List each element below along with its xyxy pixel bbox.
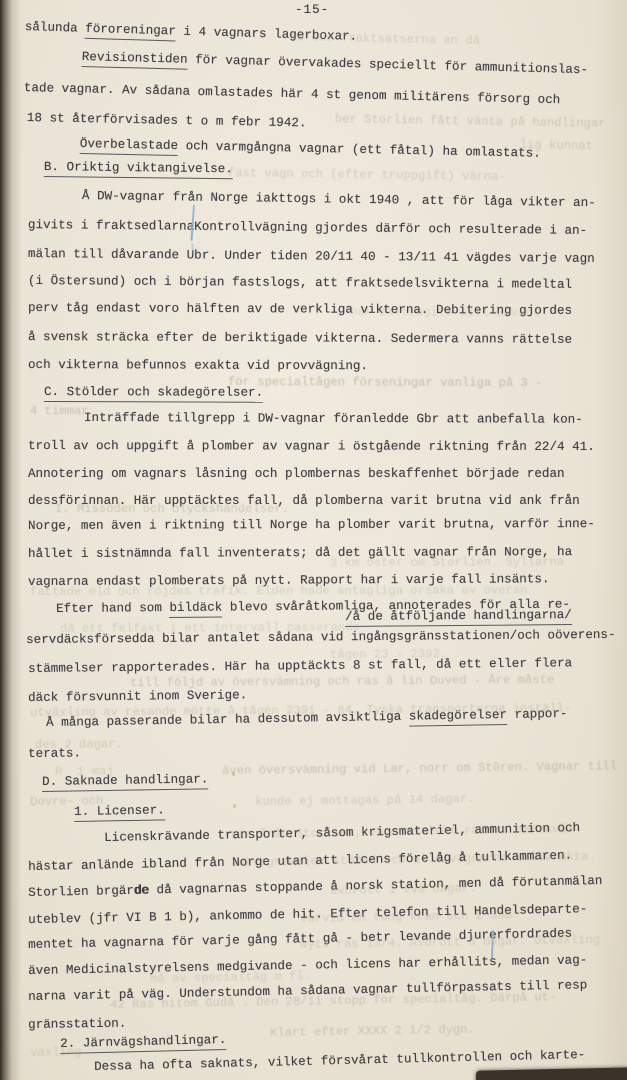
bleed-through-text: ta sus fraktsatserna an då	[290, 30, 480, 49]
bleed-through-text: 3 km öster om Storlien. Syllarna	[330, 555, 564, 571]
text-segment: Å DW-vagnar från Norge iakttogs i okt 19…	[82, 189, 596, 210]
text-segment: Inträffade tillgrepp i DW-vagnar föranle…	[84, 411, 583, 427]
text-line: Norge, men även i riktning till Norge ha…	[28, 517, 595, 534]
underlined-text: 2. Järnvägshandlingar.	[60, 1033, 227, 1054]
faint-dot-mark	[233, 804, 236, 808]
text-line: 2. Järnvägshandlingar.	[60, 1033, 227, 1052]
text-line: gränsstation.	[28, 1017, 126, 1033]
bleed-through-text: växling	[30, 1045, 81, 1061]
bleed-through-text: avbrott i två dagar.	[330, 881, 477, 899]
bleed-through-text: för specialtågen förseningar vanliga på …	[228, 375, 543, 391]
bleed-through-text: R 1 maj	[55, 764, 114, 780]
text-line: troll av och uppgift å plomber av vagnar…	[28, 439, 595, 455]
bleed-through-text: fäst vagn och (efter truppgift) värna-	[228, 166, 506, 185]
bleed-through-text: då ett felfakt i ett intervall passerand…	[60, 620, 360, 637]
text-segment: givits i fraktsedlarnaKontrollvägning gj…	[28, 218, 587, 238]
text-segment: Norge, men även i riktning till Norge ha…	[28, 517, 595, 533]
text-segment: Annotering om vagnars låsning och plombe…	[28, 467, 565, 481]
text-line: Storlien brgärde då vagnarnas stoppande …	[28, 874, 603, 901]
text-segment: och varmgångna vagnar (ett fåtal) ha oml…	[178, 139, 541, 161]
bleed-through-text: tin från Storlien, vagnars lokt räknat h…	[230, 822, 581, 843]
text-segment: mälan till dåvarande Ubr. Under tiden 20…	[28, 247, 595, 266]
text-segment: troll av och uppgift å plomber av vagnar…	[28, 439, 595, 454]
bleed-through-text: till följd av översvämning och ras å lin…	[130, 673, 554, 691]
text-segment: Storlien brgär	[28, 884, 134, 900]
text-segment: å svensk sträcka efter de beriktigade vi…	[28, 330, 572, 347]
scan-shadow-bottom-right	[476, 1067, 627, 1080]
text-line: Annotering om vagnars låsning och plombe…	[28, 467, 565, 482]
bleed-through-text: lokvagnsmalen städad och alla vagnarna k…	[230, 850, 596, 871]
bleed-through-text: 4 timmar	[30, 404, 89, 419]
underlined-text: Revisionstiden	[82, 50, 188, 69]
text-line: Å DW-vagnar från Norge iakttogs i okt 19…	[82, 189, 596, 211]
text-line: tade vagnar. Av sådana omlastades här 4 …	[24, 81, 561, 108]
bleed-through-text: Dovre- och	[30, 794, 103, 810]
bleed-through-text: även översvämning vid Lar, norr om Störe…	[222, 759, 617, 779]
underlined-text: Överbelastade	[80, 137, 179, 156]
text-line: och vikterna befunnos exakta vid provväg…	[28, 358, 368, 374]
underlined-text: föroreningar	[85, 22, 176, 41]
text-line: å svensk sträcka efter de beriktigade vi…	[28, 330, 572, 348]
text-line: Inträffade tillgrepp i DW-vagnar föranle…	[84, 411, 583, 428]
underlined-text: /å de åtföljande handlingarna/	[345, 608, 572, 626]
text-line: 18 st återförvisades t o m febr 1942.	[27, 111, 307, 131]
text-segment: de	[134, 883, 149, 897]
bleed-through-text: des 2 dagar.	[35, 737, 123, 753]
text-segment: tade vagnar. Av sådana omlastades här 4 …	[24, 81, 561, 107]
underlined-text: B. Oriktig viktangivelse.	[44, 160, 233, 179]
text-line: Överbelastade och varmgångna vagnar (ett…	[80, 137, 541, 162]
text-segment: sålunda	[25, 20, 86, 36]
bleed-through-text: lig kunnat	[520, 138, 593, 154]
bleed-through-text: ber Storlien fått vänta på handlingar	[335, 112, 606, 132]
bleed-through-text: I. Missöden och olyckshändelser.	[55, 502, 289, 517]
text-line: /å de åtföljande handlingarna/	[345, 608, 572, 625]
bleed-through-text: har iakttagits till davart	[350, 305, 540, 321]
text-segment: gränsstation.	[28, 1017, 126, 1032]
text-segment: (i Östersund) och i början fastslogs, at…	[28, 274, 572, 292]
bleed-through-text: Klart efter XXXX 2 1/2 dygn.	[270, 1022, 475, 1041]
text-line: däck försvunnit inom Sverige.	[28, 688, 247, 706]
bleed-through-text: må av specialtåg m fl.	[150, 969, 311, 987]
text-line: (i Östersund) och i början fastslogs, at…	[28, 274, 572, 293]
text-segment: 18 st återförvisades t o m febr 1942.	[27, 111, 307, 130]
scanned-document-page: -15- sålunda föroreningar i 4 vagnars la…	[0, 0, 627, 1080]
page-number: -15-	[295, 3, 329, 17]
text-line: givits i fraktsedlarnaKontrollvägning gj…	[28, 218, 587, 239]
underlined-text: bildäck	[169, 601, 222, 618]
bleed-through-text: fattade eld och röjdes trafik. Elden had…	[30, 583, 527, 600]
text-segment: Efter hand som	[56, 601, 169, 616]
faint-dot-mark	[232, 772, 235, 776]
bleed-through-text: tågen 23 - 2392.	[330, 647, 447, 663]
bleed-through-text: varvid en tung kran och 2 SSB	[300, 908, 512, 927]
text-segment: och vikterna befunnos exakta vid provväg…	[28, 358, 368, 373]
bleed-through-text: kunde ej mottagas på 14 dagar.	[255, 792, 475, 810]
text-line: B. Oriktig viktangivelse.	[44, 160, 233, 177]
text-segment: för vagnar övervakades speciellt för amm…	[187, 53, 588, 77]
text-line: mälan till dåvarande Ubr. Under tiden 20…	[28, 247, 595, 267]
text-line: Revisionstiden för vagnar övervakades sp…	[82, 50, 589, 78]
